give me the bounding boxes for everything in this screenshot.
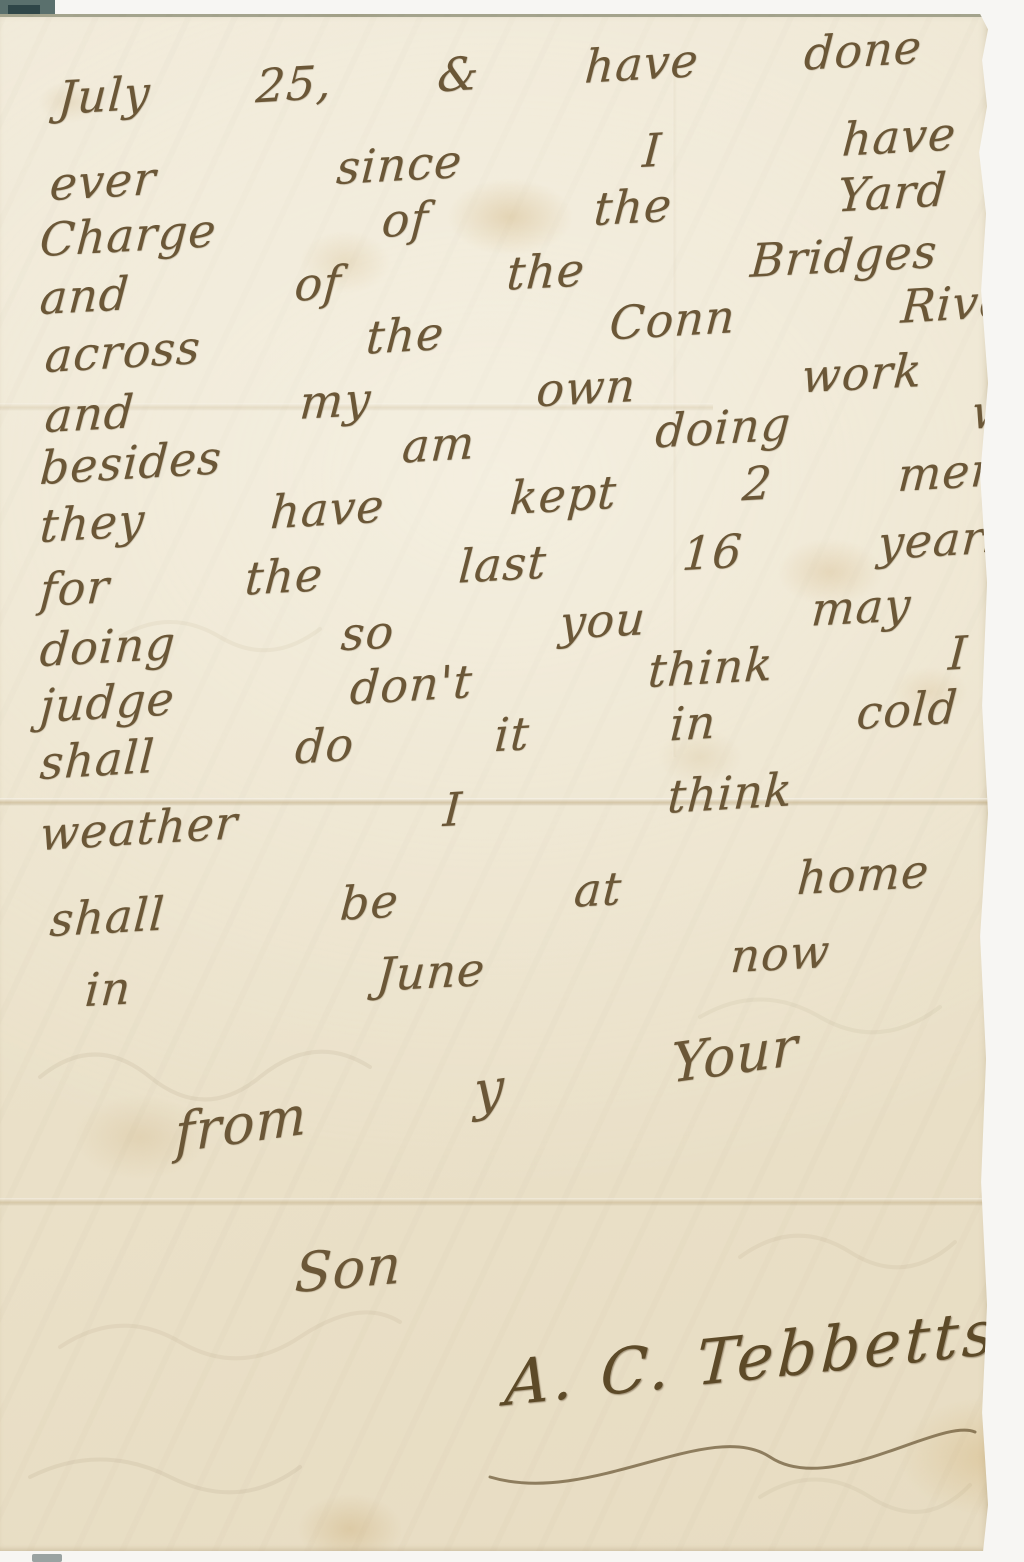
fold-crease	[0, 1198, 990, 1206]
letter-page: July 25, & have done it ever since I hav…	[0, 14, 990, 1551]
signature: A. C. Tebbetts	[503, 1295, 1000, 1421]
scan-background: July 25, & have done it ever since I hav…	[0, 0, 1024, 1562]
scan-edge-artifact	[32, 1554, 62, 1562]
handwritten-line: July 25, & have done it	[56, 11, 1024, 125]
signoff-line: Son	[293, 1232, 403, 1305]
closing-line: from y Your	[175, 1014, 798, 1165]
paper-clip	[0, 0, 55, 16]
